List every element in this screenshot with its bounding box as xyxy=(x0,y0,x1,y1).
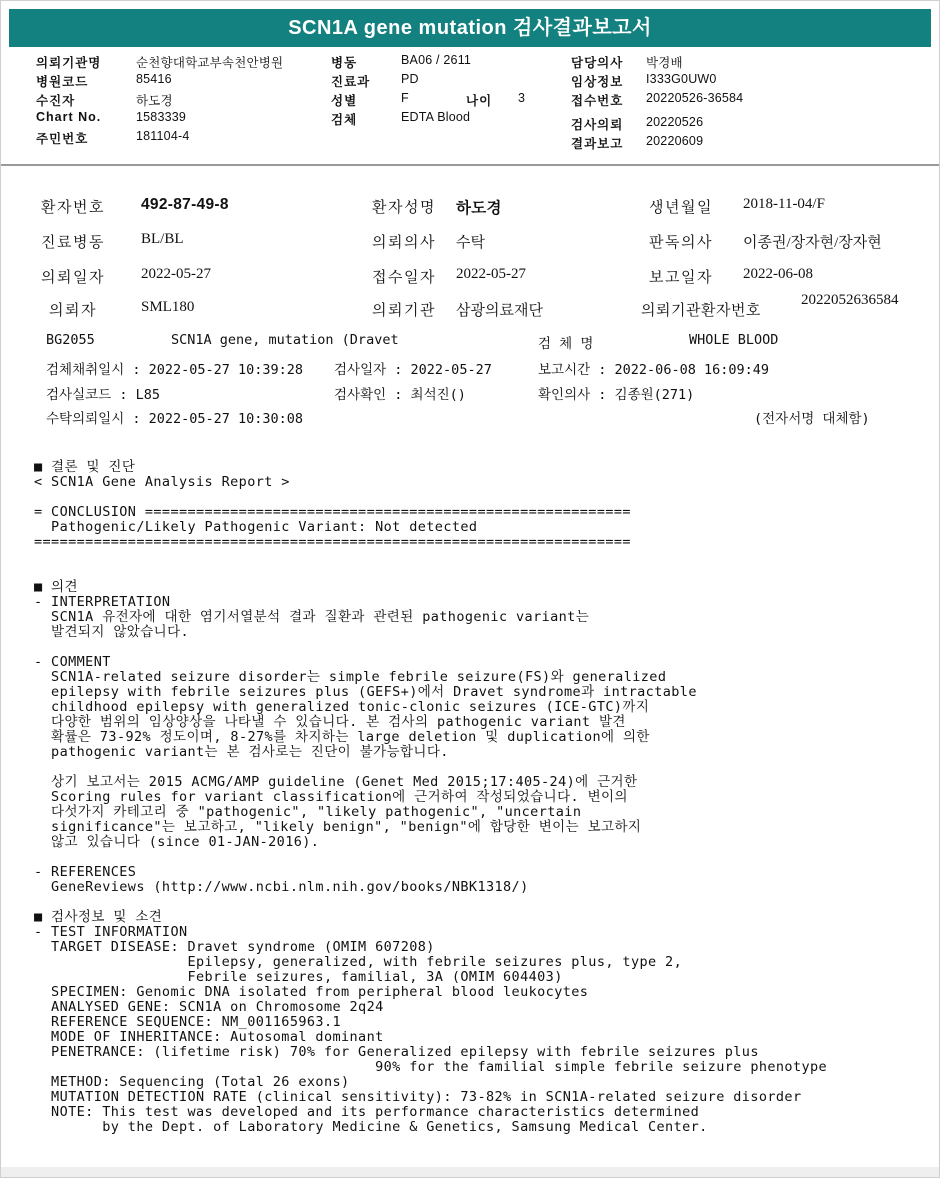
report-title-bar: SCN1A gene mutation 검사결과보고서 xyxy=(9,9,931,47)
field-value: 순천향대학교부속천안병원 xyxy=(136,53,283,71)
electronic-signature-note: (전자서명 대체함) xyxy=(754,407,870,427)
field-sex: 성별F xyxy=(331,91,409,109)
field-label: 나이 xyxy=(466,91,518,109)
field-label: 주민번호 xyxy=(36,129,136,147)
field-label: 검사의뢰 xyxy=(571,115,646,133)
field-resident-no: 주민번호181104-4 xyxy=(36,129,190,147)
requester-value: SML180 xyxy=(141,299,194,316)
report-time: 보고시간 : 2022-06-08 16:09:49 xyxy=(538,358,769,378)
field-accession-no: 접수번호20220526-36584 xyxy=(571,91,743,109)
field-label: 성별 xyxy=(331,91,401,109)
request-date-value: 2022-05-27 xyxy=(141,266,211,283)
reading-doctor-value: 이종권/장자현/장자현 xyxy=(743,231,882,252)
institution-patient-no-value: 2022052636584 xyxy=(801,292,919,309)
patient-no-label: 환자번호 xyxy=(41,196,105,217)
referring-doctor-label: 의뢰의사 xyxy=(372,231,436,252)
report-date-label: 보고일자 xyxy=(649,266,713,287)
field-value: 85416 xyxy=(136,72,172,86)
birthdate-value: 2018-11-04/F xyxy=(743,196,825,213)
field-label: 의뢰기관명 xyxy=(36,53,136,71)
reading-doctor-label: 판독의사 xyxy=(649,231,713,252)
field-value: 181104-4 xyxy=(136,129,190,143)
requesting-institution-label: 의뢰기관 xyxy=(372,299,436,320)
institution-patient-no-label: 의뢰기관환자번호 xyxy=(641,299,761,320)
test-code: BG2055 xyxy=(46,332,95,348)
field-result-report-date: 결과보고20220609 xyxy=(571,134,703,152)
field-label: 수진자 xyxy=(36,91,136,109)
referring-doctor-value: 수탁 xyxy=(456,231,485,252)
section-divider xyxy=(1,164,939,166)
report-date-value: 2022-06-08 xyxy=(743,266,813,283)
birthdate-label: 생년월일 xyxy=(649,196,713,217)
field-value: BA06 / 2611 xyxy=(401,53,471,67)
field-ward: 병동BA06 / 2611 xyxy=(331,53,471,71)
field-value: I333G0UW0 xyxy=(646,72,717,86)
report-page: SCN1A gene mutation 검사결과보고서 의뢰기관명순천향대학교부… xyxy=(0,0,940,1178)
field-attending-doctor: 담당의사박경배 xyxy=(571,53,683,71)
specimen-name-value: WHOLE BLOOD xyxy=(689,332,778,348)
field-value: 박경배 xyxy=(646,53,683,71)
report-body: ■ 결론 및 진단 < SCN1A Gene Analysis Report >… xyxy=(34,460,827,1135)
field-requesting-org: 의뢰기관명순천향대학교부속천안병원 xyxy=(36,53,283,71)
request-date-label: 의뢰일자 xyxy=(41,266,105,287)
field-label: 진료과 xyxy=(331,72,401,90)
field-value: 20220526-36584 xyxy=(646,91,743,105)
patient-no-value: 492-87-49-8 xyxy=(141,196,229,214)
test-confirmer: 검사확인 : 최석진() xyxy=(334,383,466,403)
field-value: 하도경 xyxy=(136,91,173,109)
field-value: 20220609 xyxy=(646,134,703,148)
patient-name-label: 환자성명 xyxy=(372,196,436,217)
specimen-name-label: 검 체 명 xyxy=(538,332,593,352)
field-value: EDTA Blood xyxy=(401,110,470,124)
care-ward-value: BL/BL xyxy=(141,231,184,248)
field-value: 3 xyxy=(518,91,525,105)
field-clinical-info: 임상정보I333G0UW0 xyxy=(571,72,717,90)
test-name: SCN1A gene, mutation (Dravet xyxy=(171,332,399,348)
patient-name-value: 하도경 xyxy=(456,196,502,218)
field-label: 병동 xyxy=(331,53,401,71)
requester-label: 의뢰자 xyxy=(49,299,97,320)
field-label: 병원코드 xyxy=(36,72,136,90)
consignment-request-datetime: 수탁의뢰일시 : 2022-05-27 10:30:08 xyxy=(46,407,303,427)
requesting-institution-value: 삼광의료재단 xyxy=(456,299,543,320)
care-ward-label: 진료병동 xyxy=(41,231,105,252)
collection-datetime: 검체채취일시 : 2022-05-27 10:39:28 xyxy=(46,358,303,378)
field-value: 1583339 xyxy=(136,110,186,124)
receipt-date-value: 2022-05-27 xyxy=(456,266,526,283)
field-value: PD xyxy=(401,72,419,86)
field-examinee: 수진자하도경 xyxy=(36,91,173,109)
field-age: 나이3 xyxy=(466,91,525,109)
field-label: 담당의사 xyxy=(571,53,646,71)
field-label: 접수번호 xyxy=(571,91,646,109)
field-value: F xyxy=(401,91,409,105)
footer-bar xyxy=(1,1167,939,1178)
lab-code: 검사실코드 : L85 xyxy=(46,383,160,403)
test-date: 검사일자 : 2022-05-27 xyxy=(334,358,492,378)
field-label: Chart No. xyxy=(36,110,136,124)
field-label: 임상정보 xyxy=(571,72,646,90)
confirming-doctor: 확인의사 : 김종원(271) xyxy=(538,383,694,403)
field-specimen-type: 검체EDTA Blood xyxy=(331,110,470,128)
field-chart-no: Chart No.1583339 xyxy=(36,110,186,124)
field-test-request-date: 검사의뢰20220526 xyxy=(571,115,703,133)
field-label: 결과보고 xyxy=(571,134,646,152)
receipt-date-label: 접수일자 xyxy=(372,266,436,287)
field-hospital-code: 병원코드85416 xyxy=(36,72,172,90)
field-label: 검체 xyxy=(331,110,401,128)
report-title: SCN1A gene mutation 검사결과보고서 xyxy=(288,17,652,39)
field-value: 20220526 xyxy=(646,115,703,129)
field-department: 진료과PD xyxy=(331,72,419,90)
